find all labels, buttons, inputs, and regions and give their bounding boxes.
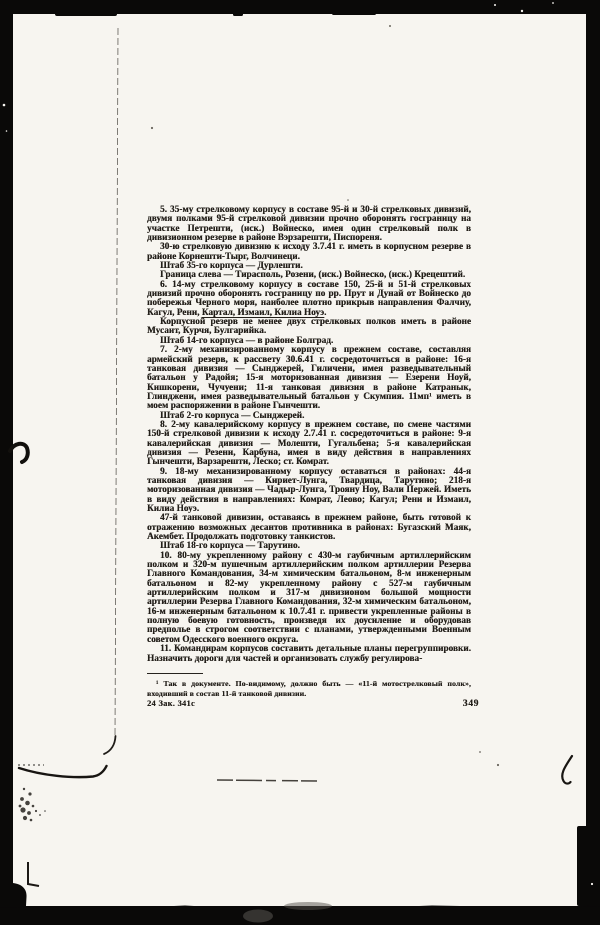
white-speck xyxy=(552,2,554,4)
paragraph: 6. 14-му стрелковому корпусу в составе 1… xyxy=(147,280,471,317)
text-run: 5. 35-му стрелковому корпусу в составе 9… xyxy=(147,204,471,242)
print-signature: 24 Зак. 341с xyxy=(147,699,195,708)
page-number: 349 xyxy=(463,698,479,709)
scan-border-bottom xyxy=(0,906,600,925)
footnote-text: ¹ Так в документе. По-видимому, должно б… xyxy=(147,679,471,699)
paragraph: 8. 2-му кавалерийскому корпусу в прежнем… xyxy=(147,420,471,467)
paragraph: Корпусной резерв не менее двух стрелковы… xyxy=(147,317,471,336)
footnote-separator xyxy=(147,673,203,674)
paragraph: 9. 18-му механизированному корпусу остав… xyxy=(147,467,471,514)
text-run: Корпусной резерв не менее двух стрелковы… xyxy=(147,316,471,335)
document-page: 5. 35-му стрелковому корпусу в составе 9… xyxy=(13,14,586,906)
page-footer: 24 Зак. 341с 349 xyxy=(147,698,479,709)
text-run: 10. 80-му укрепленному району с 430-м га… xyxy=(147,550,471,644)
text-block: 5. 35-му стрелковому корпусу в составе 9… xyxy=(147,205,471,663)
text-run: 11. Командирам корпусов составить деталь… xyxy=(147,643,471,662)
scan-canvas: { "colors": { "paper": "#f7f5f0", "ink":… xyxy=(0,0,600,925)
text-run: 47-й танковой дивизии, оставаясь в прежн… xyxy=(147,512,471,541)
scan-border-left xyxy=(0,0,13,925)
paragraph: 5. 35-му стрелковому корпусу в составе 9… xyxy=(147,205,471,242)
white-speck xyxy=(521,10,523,12)
paragraph: 47-й танковой дивизии, оставаясь в прежн… xyxy=(147,513,471,541)
paragraph: 7. 2-му механизированному корпусу в преж… xyxy=(147,345,471,410)
scan-border-top xyxy=(0,0,600,14)
band-smudge xyxy=(243,910,273,923)
text-run: 30-ю стрелковую дивизию к исходу 3.7.41 … xyxy=(147,241,471,260)
white-speck xyxy=(3,104,6,107)
white-speck xyxy=(591,883,593,885)
scan-border-right xyxy=(586,0,600,925)
paragraph: 30-ю стрелковую дивизию к исходу 3.7.41 … xyxy=(147,242,471,261)
white-speck xyxy=(6,130,8,132)
paragraph: 10. 80-му укрепленному району с 430-м га… xyxy=(147,551,471,644)
text-run: 7. 2-му механизированному корпусу в преж… xyxy=(147,344,471,410)
white-speck xyxy=(494,4,496,6)
text-run: 9. 18-му механизированному корпусу остав… xyxy=(147,466,471,513)
text-run: 8. 2-му кавалерийскому корпусу в прежнем… xyxy=(147,419,471,466)
paragraph: 11. Командирам корпусов составить деталь… xyxy=(147,644,471,663)
